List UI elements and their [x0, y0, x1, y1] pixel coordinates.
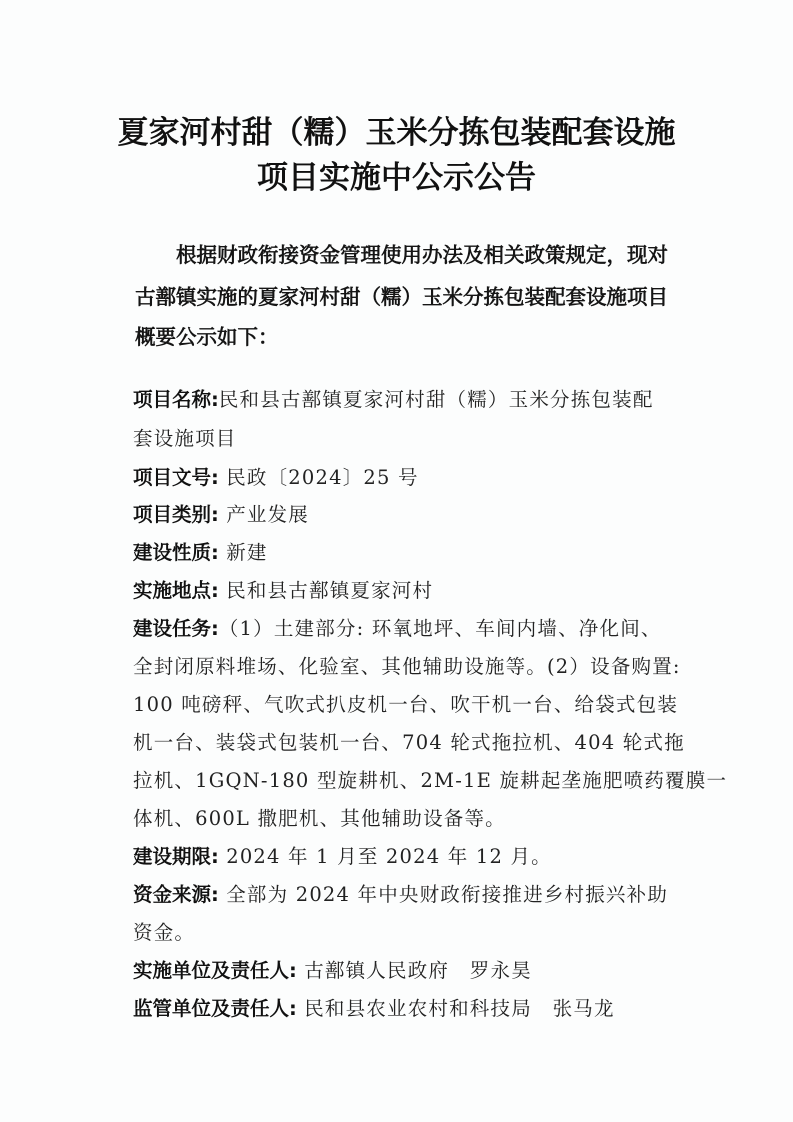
field-label: 实施单位及责任人: — [133, 959, 297, 982]
field-value: （1）土建部分: 环氧地坪、车间内墙、净化间、 — [219, 617, 662, 640]
field-construction-tasks-cont-1: 全封闭原料堆场、化验室、其他辅助设施等。(2）设备购置: — [133, 651, 703, 679]
field-label: 监管单位及责任人: — [133, 997, 297, 1020]
field-location: 实施地点: 民和县古鄯镇夏家河村 — [133, 575, 703, 603]
field-construction-nature: 建设性质: 新建 — [133, 537, 703, 565]
field-construction-tasks-cont-5: 体机、600L 撒肥机、其他辅助设备等。 — [133, 803, 703, 831]
field-label: 建设期限: — [133, 845, 219, 868]
field-funding-source-cont: 资金。 — [133, 917, 703, 945]
field-funding-source: 资金来源: 全部为 2024 年中央财政衔接推进乡村振兴补助 — [133, 879, 703, 907]
field-category: 项目类别: 产业发展 — [133, 499, 703, 527]
field-value: 拉机、1GQN-180 型旋耕机、2M-1E 旋耕起垄施肥喷药覆膜一 — [133, 769, 727, 792]
document-page: 夏家河村甜（糯）玉米分拣包装配套设施 项目实施中公示公告 根据财政衔接资金管理使… — [0, 0, 793, 1122]
field-project-name-cont: 套设施项目 — [133, 423, 703, 451]
field-label: 资金来源: — [133, 883, 219, 906]
field-value: 100 吨磅秤、气吹式扒皮机一台、吹干机一台、给袋式包装 — [133, 693, 678, 716]
field-value: 体机、600L 撒肥机、其他辅助设备等。 — [133, 807, 506, 830]
field-value: 古鄯镇人民政府 罗永昊 — [297, 959, 532, 982]
field-label: 项目名称: — [133, 388, 219, 411]
field-implementing-unit: 实施单位及责任人: 古鄯镇人民政府 罗永昊 — [133, 955, 703, 983]
field-label: 建设性质: — [133, 541, 219, 564]
field-construction-tasks-cont-2: 100 吨磅秤、气吹式扒皮机一台、吹干机一台、给袋式包装 — [133, 689, 703, 717]
intro-line-2: 古鄯镇实施的夏家河村甜（糯）玉米分拣包装配套设施项目 — [135, 280, 695, 310]
field-value: 产业发展 — [219, 503, 309, 526]
field-value: 2024 年 1 月至 2024 年 12 月。 — [219, 845, 552, 868]
intro-line-1: 根据财政衔接资金管理使用办法及相关政策规定，现对 — [176, 238, 736, 268]
field-value: 资金。 — [133, 921, 195, 944]
field-construction-tasks-cont-3: 机一台、装袋式包装机一台、704 轮式拖拉机、404 轮式拖 — [133, 727, 703, 755]
field-construction-period: 建设期限: 2024 年 1 月至 2024 年 12 月。 — [133, 841, 703, 869]
field-value: 机一台、装袋式包装机一台、704 轮式拖拉机、404 轮式拖 — [133, 731, 685, 754]
field-value: 民和县古鄯镇夏家河村甜（糯）玉米分拣包装配 — [219, 388, 654, 411]
field-label: 建设任务: — [133, 617, 219, 640]
field-supervising-unit: 监管单位及责任人: 民和县农业农村和科技局 张马龙 — [133, 993, 703, 1021]
field-label: 项目类别: — [133, 503, 219, 526]
field-value: 新建 — [219, 541, 268, 564]
document-title-line-2: 项目实施中公示公告 — [0, 152, 793, 197]
field-value: 全封闭原料堆场、化验室、其他辅助设施等。(2）设备购置: — [133, 655, 681, 678]
field-value: 全部为 2024 年中央财政衔接推进乡村振兴补助 — [219, 883, 668, 906]
field-value: 民和县农业农村和科技局 张马龙 — [297, 997, 615, 1020]
field-value: 民和县古鄯镇夏家河村 — [219, 579, 433, 602]
field-label: 实施地点: — [133, 579, 219, 602]
field-project-name: 项目名称:民和县古鄯镇夏家河村甜（糯）玉米分拣包装配 — [133, 384, 703, 412]
field-value: 民政〔2024〕25 号 — [219, 466, 419, 489]
field-construction-tasks-cont-4: 拉机、1GQN-180 型旋耕机、2M-1E 旋耕起垄施肥喷药覆膜一 — [133, 765, 703, 793]
intro-line-3: 概要公示如下： — [135, 320, 695, 350]
field-document-number: 项目文号: 民政〔2024〕25 号 — [133, 462, 703, 490]
document-title-line-1: 夏家河村甜（糯）玉米分拣包装配套设施 — [0, 107, 793, 152]
field-construction-tasks: 建设任务:（1）土建部分: 环氧地坪、车间内墙、净化间、 — [133, 613, 703, 641]
field-value: 套设施项目 — [133, 427, 237, 450]
field-label: 项目文号: — [133, 466, 219, 489]
